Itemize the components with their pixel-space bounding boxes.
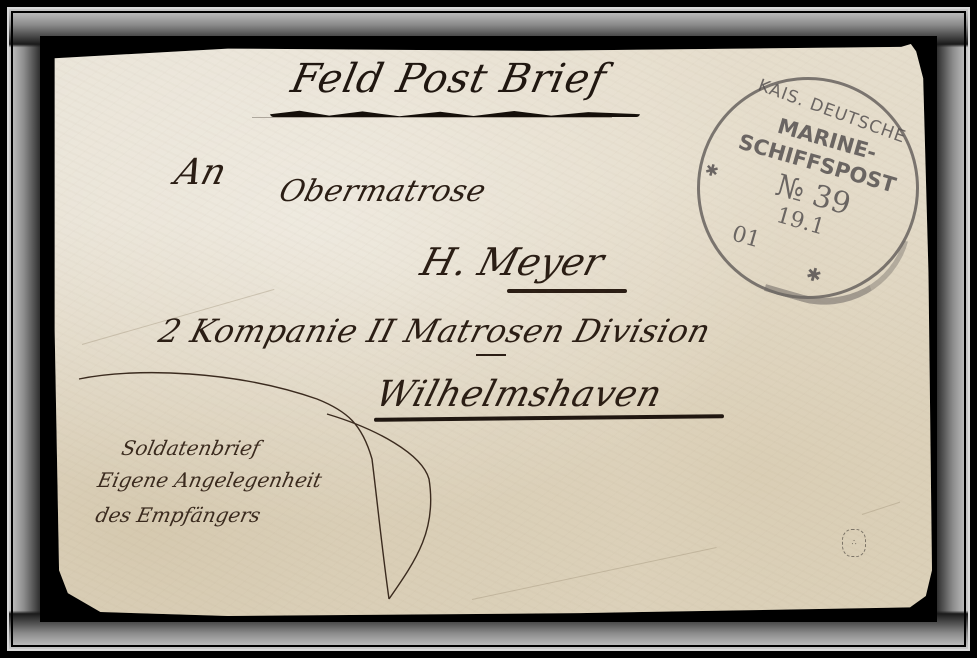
note-line-1: Soldatenbrief: [119, 432, 263, 464]
postmark-star-icon: ✱: [804, 263, 824, 287]
name-underline: [507, 289, 627, 293]
header-guideline: [252, 117, 612, 118]
city-underline: [374, 414, 724, 422]
address-name: H. Meyer: [416, 240, 609, 284]
feldpost-header: Feld Post Brief: [287, 56, 611, 102]
address-salutation: An: [171, 152, 231, 193]
postmark-star-icon: ✱: [703, 159, 721, 181]
header-underline: [270, 110, 640, 117]
paper-crease: [862, 502, 900, 515]
unit-underline: [476, 354, 506, 356]
ship-post-postmark: KAIS. DEUTSCHE MARINE- SCHIFFSPOST № 39 …: [671, 51, 946, 326]
note-line-3: des Empfängers: [93, 499, 264, 531]
envelope: Feld Post Brief An Obermatrose H. Meyer …: [52, 44, 932, 616]
address-city: Wilhelmshaven: [372, 374, 667, 415]
address-unit: 2 Kompanie II Matrosen Division: [155, 312, 715, 350]
small-stamp-mark: ∴: [842, 529, 866, 557]
address-rank: Obermatrose: [275, 174, 490, 209]
note-line-2: Eigene Angelegenheit: [95, 464, 325, 496]
paper-crease: [472, 547, 717, 600]
